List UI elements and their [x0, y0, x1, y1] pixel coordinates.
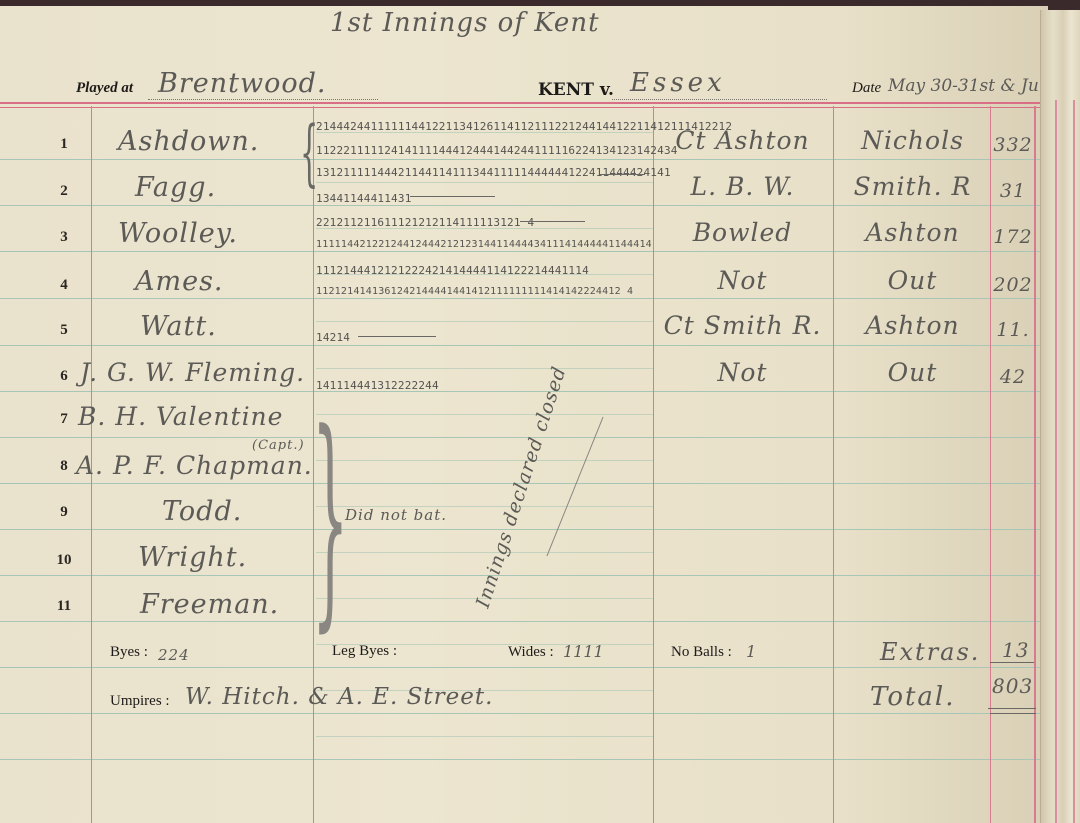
bowler-name: Out — [835, 266, 990, 295]
spine-rule — [1073, 100, 1075, 823]
batsman-name: J. G. W. Fleming. — [80, 358, 305, 387]
column-divider — [1034, 106, 1036, 823]
wides-value: 1111 — [563, 642, 604, 661]
tally-line-text: 1122211111241411114441244414424411111622… — [316, 144, 678, 157]
byes-value: 224 — [158, 646, 190, 664]
tally-line-text: 1312111114442114411411134411111444444122… — [316, 166, 671, 179]
opponent-dotted-line — [612, 98, 827, 100]
batsman-name: A. P. F. Chapman. — [76, 451, 313, 480]
batsman-name: Fagg. — [135, 172, 216, 203]
column-divider — [990, 106, 991, 823]
how-out: Ct Smith R. — [655, 311, 830, 340]
bowler-name: Smith. R — [835, 172, 990, 201]
innings-title-note: 1st Innings of Kent — [330, 8, 600, 38]
row-number: 4 — [44, 277, 84, 294]
played-at-value: Brentwood. — [158, 68, 326, 99]
tally-line-text: 13441144411431 — [316, 192, 412, 205]
innings-declared-note: Innings declared closed — [472, 364, 571, 611]
tally-line — [316, 368, 653, 369]
column-divider — [653, 106, 654, 823]
played-at-label: Played at — [76, 80, 133, 97]
batsman-name: Freeman. — [140, 589, 279, 620]
row-number: 6 — [44, 368, 84, 385]
bowler-name: Nichols — [835, 126, 990, 155]
ruled-line — [0, 391, 1048, 392]
ruled-line — [0, 667, 1048, 668]
ruled-line — [0, 159, 1048, 160]
header-rule-bottom — [0, 107, 1048, 108]
date-value: May 30-31st & June 1st — [888, 76, 1048, 96]
ruled-line — [0, 298, 1048, 299]
book-spine — [1040, 10, 1080, 823]
how-out: Ct Ashton — [655, 126, 830, 155]
date-label: Date — [852, 80, 881, 97]
ruled-line — [0, 437, 1048, 438]
how-out: Not — [655, 266, 830, 295]
tally-end-dash — [520, 221, 585, 222]
batsman-name: Watt. — [140, 311, 217, 342]
tally-line — [316, 460, 653, 461]
header-rule-top — [0, 102, 1048, 104]
total-underline — [988, 708, 1036, 709]
row-number: 10 — [44, 552, 84, 569]
runs-value: 202 — [988, 274, 1038, 296]
how-out: L. B. W. — [655, 172, 830, 201]
opponent-value: Essex — [630, 68, 726, 98]
row-number: 9 — [44, 504, 84, 521]
ruled-line — [0, 713, 1048, 714]
byes-label: Byes : — [110, 644, 148, 661]
how-out: Bowled — [655, 218, 830, 247]
column-divider — [833, 106, 834, 823]
row-number: 1 — [44, 136, 84, 153]
tally-line — [316, 736, 653, 737]
tally-line-text: 221211211611121212114111113121 4 — [316, 216, 534, 229]
bowler-name: Ashton — [835, 311, 990, 340]
row-number: 11 — [44, 598, 84, 615]
tally-line — [316, 182, 653, 183]
row-number: 3 — [44, 229, 84, 246]
extras-value: 13 — [1002, 638, 1029, 662]
wides-label: Wides : — [508, 644, 554, 661]
no-balls-label: No Balls : — [671, 644, 732, 661]
row-number: 2 — [44, 183, 84, 200]
tally-line — [316, 321, 653, 322]
tally-line-text: 1112144412121222421414444114122214441114 — [316, 264, 589, 277]
bowler-name: Ashton — [835, 218, 990, 247]
ruled-line — [0, 205, 1048, 206]
runs-value: 172 — [988, 226, 1038, 248]
ruled-line — [0, 251, 1048, 252]
total-label: Total. — [870, 682, 956, 712]
how-out: Not — [655, 358, 830, 387]
spine-rule — [1055, 100, 1057, 823]
leg-byes-label: Leg Byes : — [332, 643, 397, 660]
tally-line-text: 1121214141361242144441441412111111111414… — [316, 286, 633, 297]
runs-value: 11. — [988, 319, 1038, 341]
umpires-label: Umpires : — [110, 693, 170, 710]
runs-value: 31 — [988, 180, 1038, 202]
batsman-name: Woolley. — [118, 218, 238, 249]
extras-label: Extras. — [880, 638, 980, 666]
tally-line-text: 1111144212212441244421212314411444434111… — [316, 239, 652, 250]
runs-value: 42 — [988, 366, 1038, 388]
scorebook-page: 1st Innings of Kent Played at Brentwood.… — [0, 6, 1048, 823]
extras-underline — [990, 662, 1034, 663]
batsman-name: Ames. — [135, 266, 224, 297]
ruled-line — [0, 529, 1048, 530]
batsman-name: Wright. — [138, 542, 247, 573]
bowler-name: Out — [835, 358, 990, 387]
team-label: KENT v. — [538, 80, 614, 100]
did-not-bat-note: Did not bat. — [345, 506, 447, 524]
tally-line-text: 14214 — [316, 331, 350, 344]
total-value: 803 — [992, 674, 1033, 698]
runs-value: 332 — [988, 134, 1038, 156]
ruled-line — [0, 345, 1048, 346]
ruled-line — [0, 759, 1048, 760]
tally-end-dash — [410, 196, 495, 197]
ruled-line — [0, 621, 1048, 622]
tally-end-dash — [358, 336, 436, 337]
tally-end-dash — [600, 174, 645, 175]
batsman-name: B. H. Valentine — [78, 402, 283, 431]
tally-line — [316, 414, 653, 415]
batsman-name: Todd. — [162, 496, 242, 527]
total-underline — [990, 713, 1036, 714]
ruled-line — [0, 575, 1048, 576]
brace-icon: } — [312, 404, 349, 634]
umpires-value: W. Hitch. & A. E. Street. — [185, 684, 493, 710]
no-balls-value: 1 — [746, 642, 757, 661]
tally-line — [316, 552, 653, 553]
captain-note: (Capt.) — [252, 438, 305, 453]
batsman-name: Ashdown. — [118, 126, 259, 157]
row-number: 5 — [44, 322, 84, 339]
